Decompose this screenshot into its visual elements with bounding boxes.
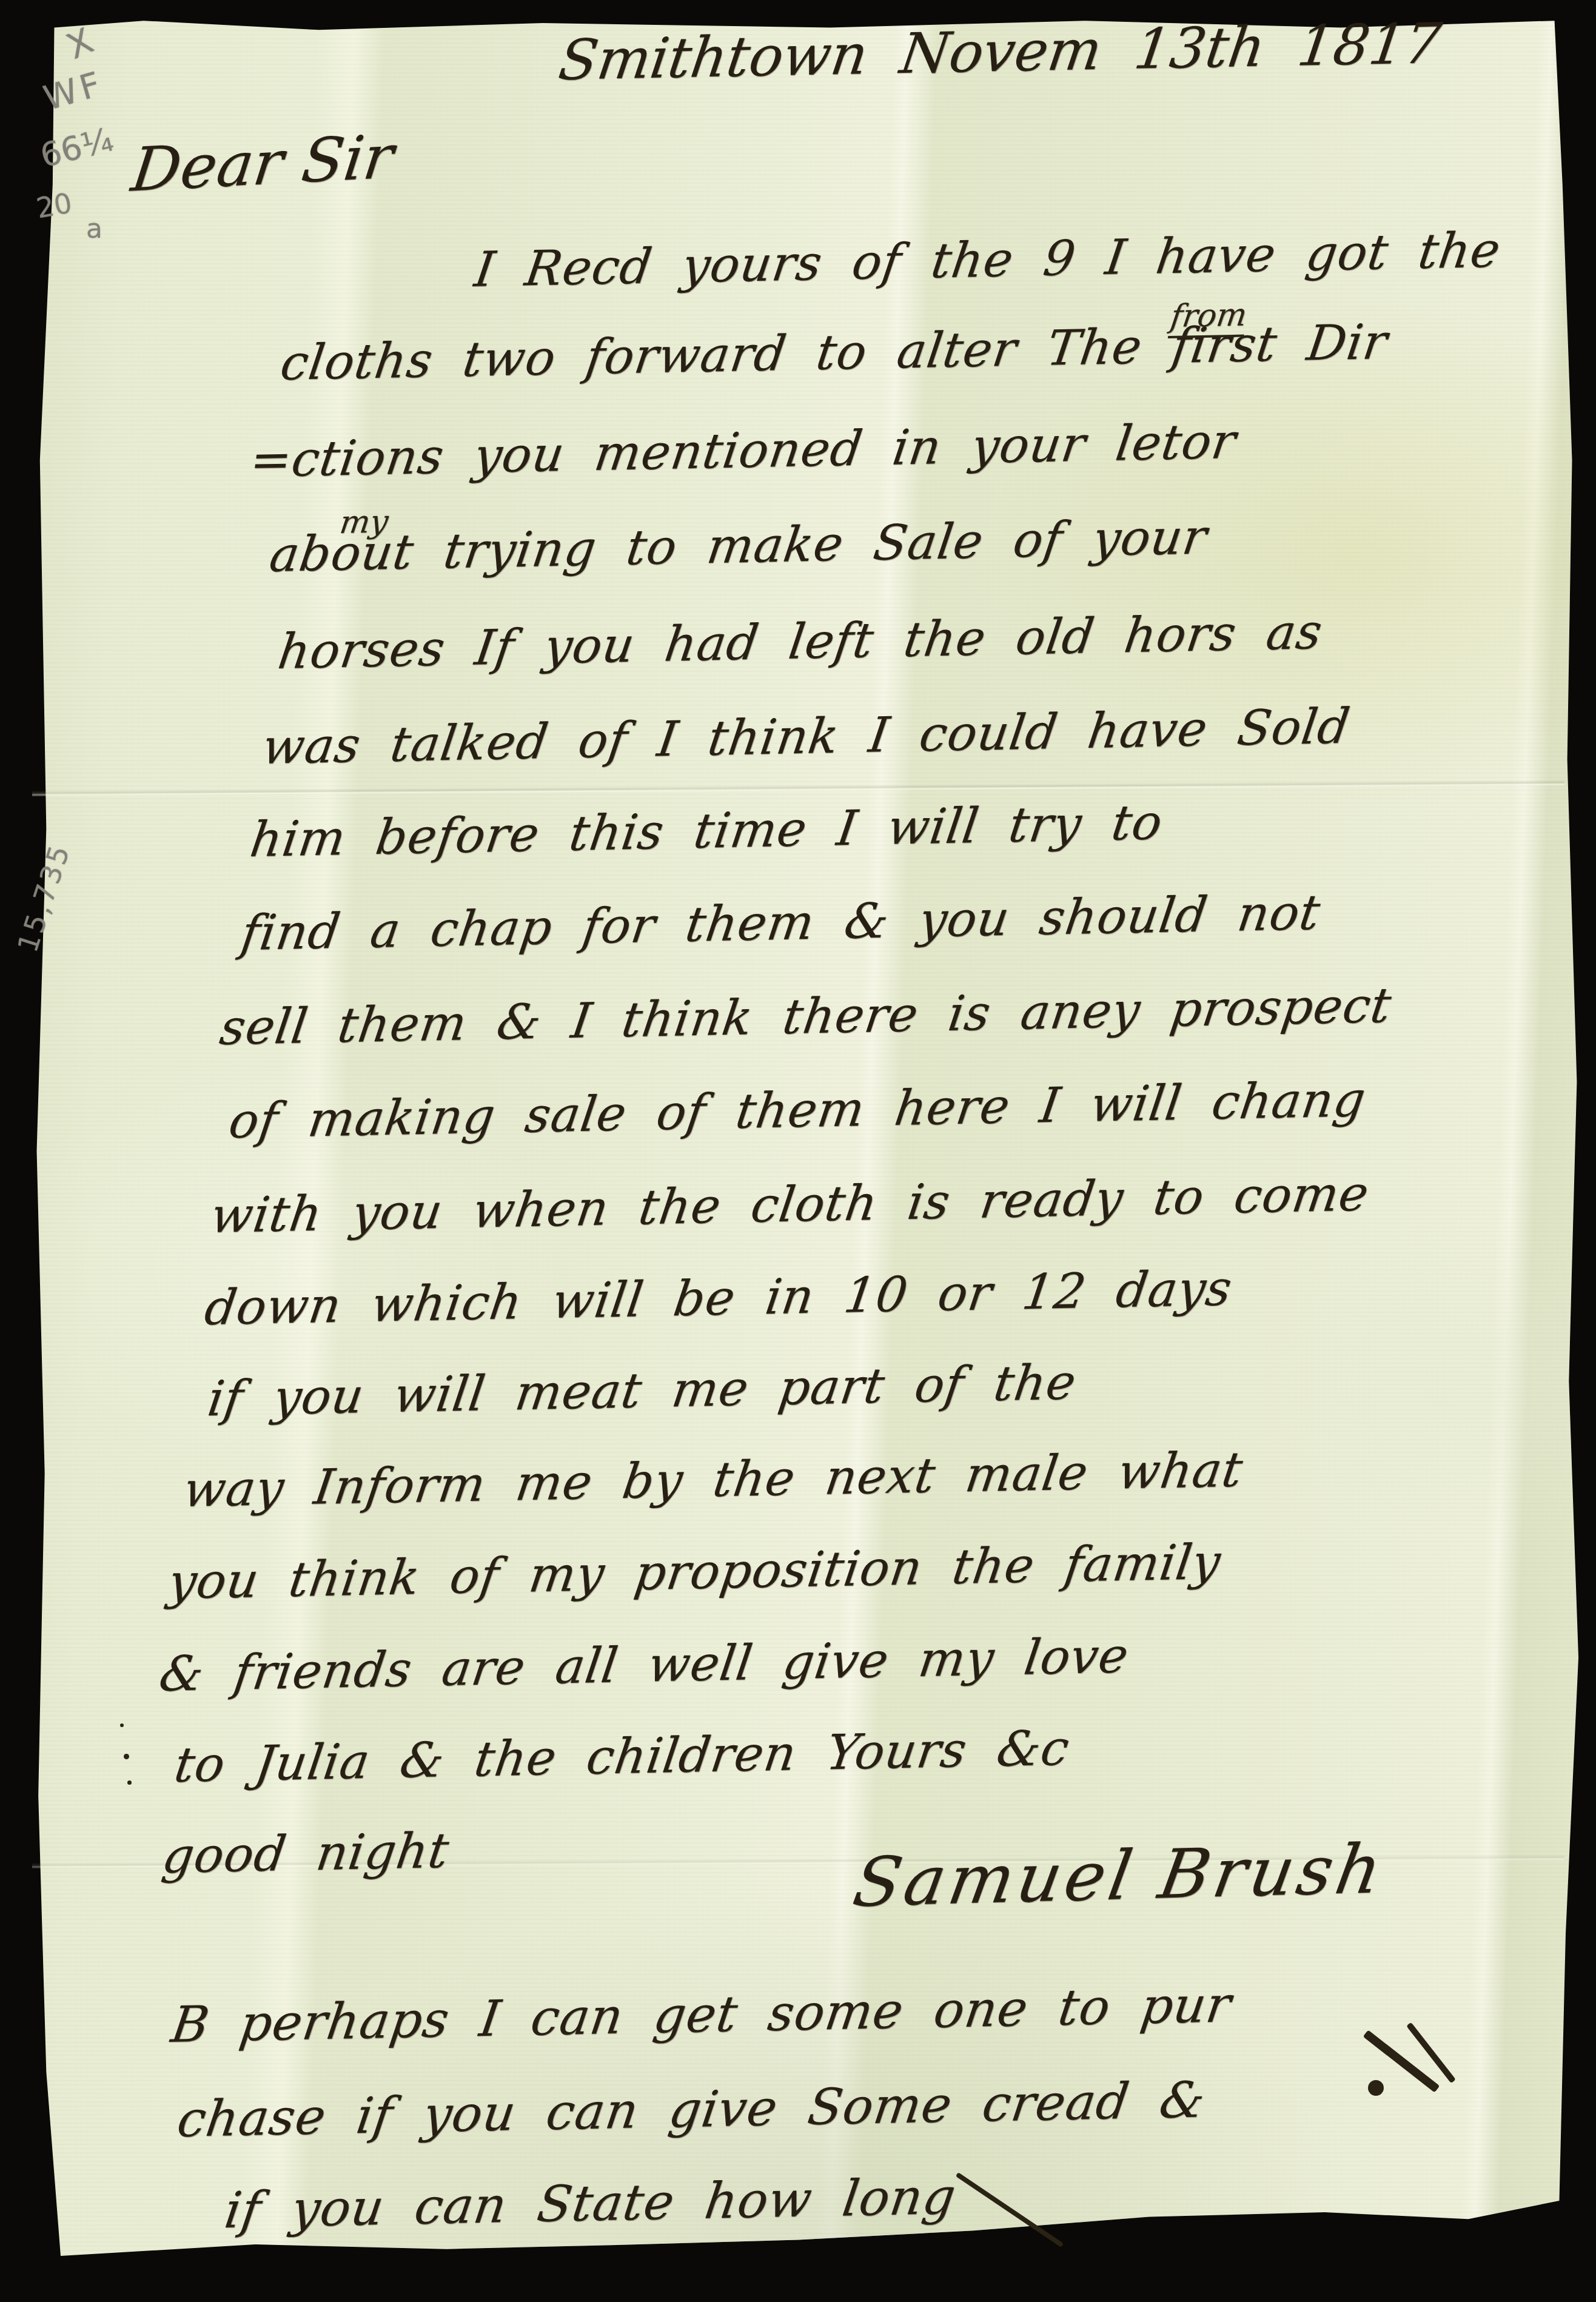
scanned-letter-page: X WF 66¼ 20 a 15,735 Smithtown Novem 13t…: [0, 0, 1596, 2302]
archival-mark-a: a: [86, 213, 102, 244]
ink-blot: [1368, 2080, 1384, 2096]
signature: Samuel Brush: [848, 1830, 1390, 1922]
ink-dot: [124, 1754, 129, 1759]
ink-dot: [120, 1723, 124, 1727]
interline-insertion-from: from: [1168, 297, 1249, 338]
body-line: good night: [159, 1822, 452, 1884]
ink-dot: [127, 1780, 132, 1785]
letter-salutation: Dear Sir: [128, 121, 398, 206]
interline-insertion-my: my: [338, 503, 391, 540]
archival-mark-20: 20: [34, 186, 75, 224]
